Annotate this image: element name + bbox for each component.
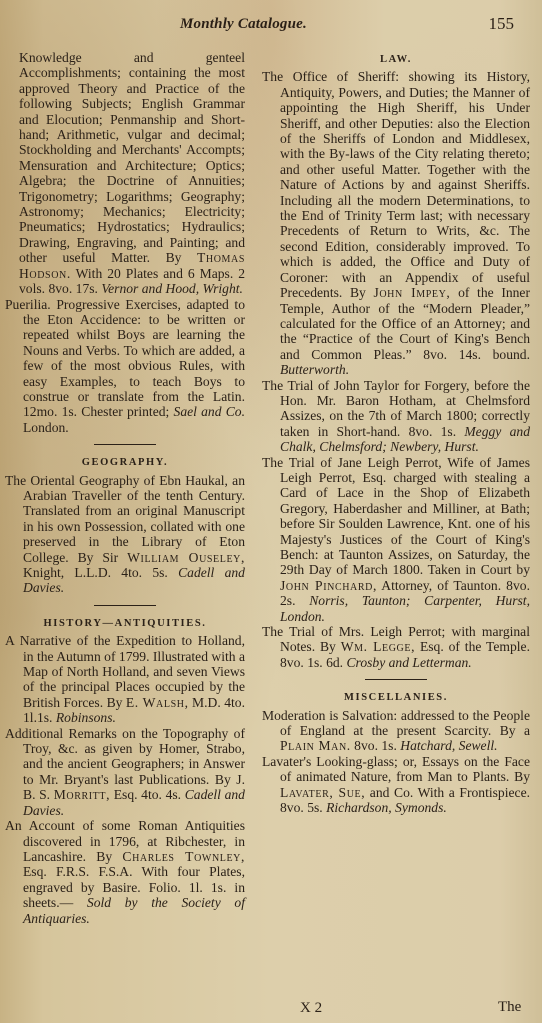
signature-mark: X 2	[300, 1000, 322, 1017]
author-name: John Pinchard,	[280, 578, 377, 593]
catalogue-entry: The Oriental Geography of Ebn Haukal, an…	[5, 473, 245, 596]
author-name: Morritt,	[54, 787, 110, 802]
running-title: Monthly Catalogue.	[180, 16, 307, 33]
section-divider	[94, 444, 156, 445]
publisher: Hatchard, Sewell.	[400, 738, 497, 753]
catalogue-entry: The Trial of John Taylor for Forgery, be…	[262, 378, 530, 455]
publisher: Norris, Taunton; Carpenter, Hurst, Londo…	[280, 593, 530, 623]
publisher: Vernor and Hood, Wright.	[101, 281, 243, 296]
author-name: Wm. Legge,	[341, 639, 415, 654]
publisher: Robinsons.	[56, 710, 116, 725]
section-heading-geography: GEOGRAPHY.	[5, 455, 245, 470]
catalogue-entry: Puerilia. Progressive Exercises, adapted…	[5, 297, 245, 436]
section-divider	[94, 605, 156, 606]
publisher: Sael and Co.	[174, 404, 245, 419]
publisher: Richardson, Symonds.	[326, 800, 447, 815]
section-divider	[365, 679, 427, 680]
catalogue-entry: Moderation is Salvation: addressed to th…	[262, 708, 530, 754]
right-column: LAW. The Office of Sheriff: showing its …	[262, 50, 530, 816]
left-column: Knowledge and genteel Accomplishments; c…	[5, 50, 245, 926]
catalogue-page: Monthly Catalogue. 155 Knowledge and gen…	[0, 0, 542, 1023]
catalogue-entry: An Account of some Roman Antiquities dis…	[5, 818, 245, 926]
section-heading-law: LAW.	[262, 52, 530, 67]
catalogue-entry: The Office of Sheriff: showing its Histo…	[262, 69, 530, 377]
section-heading-miscellanies: MISCELLANIES.	[262, 690, 530, 705]
catalogue-entry: Lavater's Looking-glass; or, Essays on t…	[262, 754, 530, 816]
publisher: Butterworth.	[280, 362, 349, 377]
page-header: Monthly Catalogue. 155	[0, 14, 542, 36]
author-name: E. Walsh,	[126, 695, 189, 710]
catalogue-entry: A Narrative of the Expedition to Holland…	[5, 633, 245, 725]
continued-entry: Knowledge and genteel Accomplishments; c…	[5, 50, 245, 297]
catalogue-entry: Additional Remarks on the Topography of …	[5, 726, 245, 818]
catalogue-entry: The Trial of Mrs. Leigh Perrot; with mar…	[262, 624, 530, 670]
section-heading-history: HISTORY—ANTIQUITIES.	[5, 616, 245, 631]
page-number: 155	[489, 14, 515, 34]
catchword: The	[498, 999, 521, 1016]
author-name: Charles Townley,	[122, 849, 245, 864]
catalogue-entry: The Trial of Jane Leigh Perrot, Wife of …	[262, 455, 530, 624]
author-name: John Impey,	[373, 285, 450, 300]
author-name: Plain Man.	[280, 738, 351, 753]
author-name: William Ouseley,	[127, 550, 245, 565]
author-name: Lavater, Sue,	[280, 785, 365, 800]
publisher: Crosby and Letterman.	[346, 655, 471, 670]
